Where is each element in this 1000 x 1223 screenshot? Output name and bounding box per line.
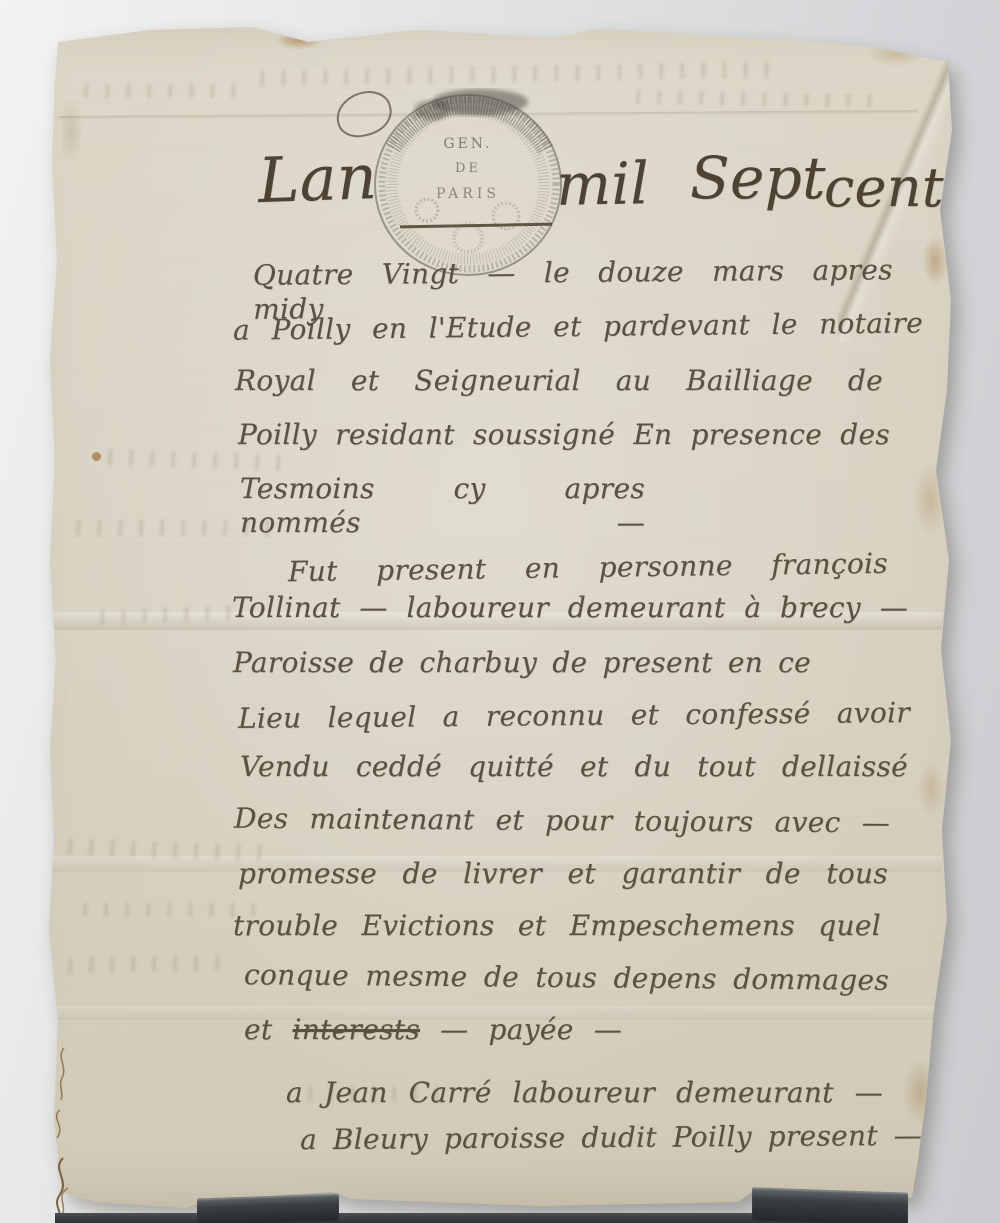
display-stand-clip-left bbox=[197, 1194, 339, 1223]
manuscript-photo: GEN. DE PARIS Lan mil Sept cent Quatre V… bbox=[0, 0, 1000, 1223]
paper: GEN. DE PARIS Lan mil Sept cent Quatre V… bbox=[0, 0, 1000, 1223]
paper-wrap: GEN. DE PARIS Lan mil Sept cent Quatre V… bbox=[0, 0, 1000, 1223]
display-stand-clip-right bbox=[752, 1187, 908, 1223]
paper-edge-shading bbox=[0, 0, 1000, 1223]
frayed-threads bbox=[30, 1030, 110, 1223]
